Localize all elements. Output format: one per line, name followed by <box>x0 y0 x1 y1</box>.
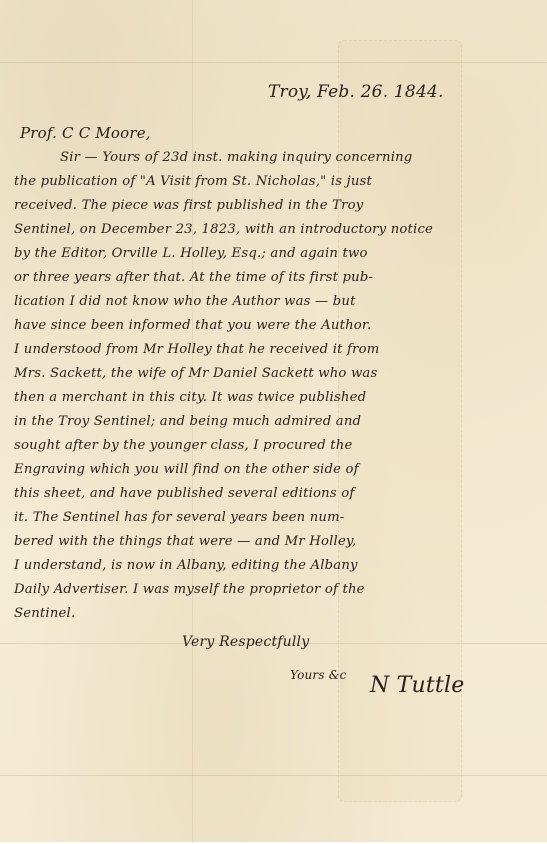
body-line: lication I did not know who the Author w… <box>14 294 356 309</box>
dateline: Troy, Feb. 26. 1844. <box>268 82 444 102</box>
signature: N Tuttle <box>370 673 464 698</box>
body-line: it. The Sentinel has for several years b… <box>14 510 344 525</box>
body-line: sought after by the younger class, I pro… <box>14 438 352 453</box>
body-line: I understand, is now in Albany, editing … <box>14 558 358 573</box>
salutation: Prof. C C Moore, <box>20 124 151 142</box>
letter-paper: Troy, Feb. 26. 1844. Prof. C C Moore, Si… <box>0 0 547 842</box>
body-line: the publication of "A Visit from St. Nic… <box>14 174 372 189</box>
body-line: bered with the things that were — and Mr… <box>14 534 356 549</box>
body-line: then a merchant in this city. It was twi… <box>14 390 366 405</box>
body-line: by the Editor, Orville L. Holley, Esq.; … <box>14 246 368 261</box>
complimentary-close: Yours &c <box>290 668 347 682</box>
body-line: Sir — Yours of 23d inst. making inquiry … <box>60 150 412 165</box>
closing: Very Respectfully <box>182 634 309 650</box>
body-line: Mrs. Sackett, the wife of Mr Daniel Sack… <box>14 366 377 381</box>
body-line: Sentinel. <box>14 606 75 621</box>
fold-crease <box>0 62 547 63</box>
body-line: Engraving which you will find on the oth… <box>14 462 359 477</box>
body-line: or three years after that. At the time o… <box>14 270 373 285</box>
fold-crease <box>0 775 547 776</box>
body-line: received. The piece was first published … <box>14 198 363 213</box>
body-line: I understood from Mr Holley that he rece… <box>14 342 379 357</box>
body-line: this sheet, and have published several e… <box>14 486 354 501</box>
body-line: have since been informed that you were t… <box>14 318 371 333</box>
body-line: Sentinel, on December 23, 1823, with an … <box>14 222 433 237</box>
body-line: Daily Advertiser. I was myself the propr… <box>14 582 365 597</box>
body-line: in the Troy Sentinel; and being much adm… <box>14 414 361 429</box>
